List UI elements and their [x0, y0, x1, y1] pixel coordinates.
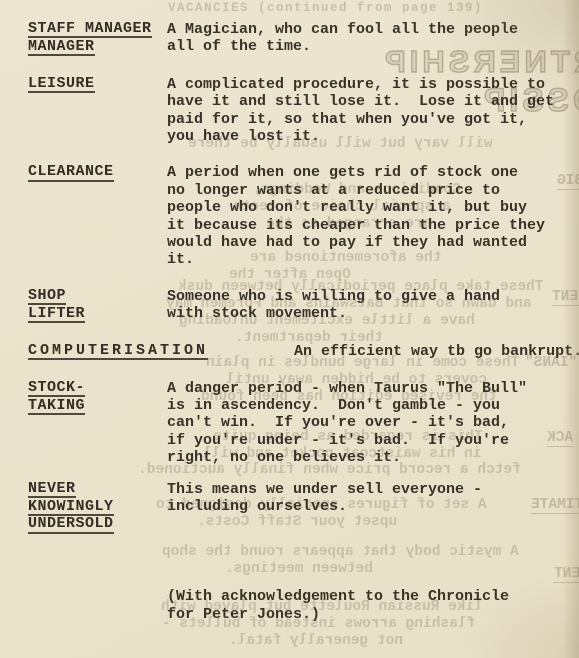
term-text: CLEARANCE: [28, 164, 114, 181]
definition: An efficient way tb go bankrupt.: [208, 343, 579, 361]
definition-text: paid for it, so that when you've got it,: [167, 111, 554, 128]
definition: A period when one gets rid of stock onen…: [167, 164, 545, 268]
definition-text: would have had to pay if they had wanted: [167, 234, 545, 251]
term: STAFF MANAGERMANAGER: [28, 21, 167, 57]
term-text: MANAGER: [28, 39, 95, 56]
glossary-entry-stock-taking: STOCK-TAKING A danger period - when Taur…: [28, 380, 579, 467]
term-text: STAFF MANAGER: [28, 21, 152, 38]
definition-text: it.: [167, 251, 545, 268]
term-text: LIFTER: [28, 306, 85, 323]
glossary-entry-never-knowingly-undersold: NEVERKNOWINGLYUNDERSOLD This means we un…: [28, 481, 579, 535]
definition: A danger period - when Taurus "The Bull"…: [167, 380, 527, 467]
definition-text: A danger period - when Taurus "The Bull": [167, 380, 527, 397]
term-text: NEVER: [28, 481, 76, 498]
definition-text: is in ascendency. Don't gamble - you: [167, 397, 527, 414]
glossary-entry-computerisation: COMPUTERISATION An efficient way tb go b…: [28, 343, 579, 361]
term-text: SHOP: [28, 288, 66, 305]
glossary-content: STAFF MANAGERMANAGER A Magician, who can…: [0, 0, 579, 658]
acknowledgement-line: (With acknowledgement to the Chronicle: [167, 588, 579, 605]
term-text: STOCK-: [28, 380, 85, 397]
acknowledgement-footer: (With acknowledgement to the Chronicle f…: [167, 588, 579, 623]
definition: A complicated procedure, it is possible …: [167, 76, 554, 146]
definition-text: A period when one gets rid of stock one: [167, 164, 545, 181]
definition-text: no longer wants at a reduced price to: [167, 182, 545, 199]
definition: A Magician, who can fool all the peoplea…: [167, 21, 518, 57]
term-text: COMPUTERISATION: [28, 343, 208, 360]
definition-text: This means we under sell everyone -: [167, 481, 482, 498]
term-text: UNDERSOLD: [28, 516, 114, 533]
document-page: VACANCIES (continued from page 139) PART…: [0, 0, 579, 658]
definition-text: can't win. If you're over - it's bad,: [167, 414, 527, 431]
glossary-entry-leisure: LEISURE A complicated procedure, it is p…: [28, 76, 579, 146]
definition-text: A Magician, who can fool all the people: [167, 21, 518, 38]
definition-text: Someone who is willing to give a hand: [167, 288, 500, 305]
glossary-entry-clearance: CLEARANCE A period when one gets rid of …: [28, 164, 579, 268]
term-text: TAKING: [28, 398, 85, 415]
definition-text: it because its cheaper than the price th…: [167, 217, 545, 234]
term: COMPUTERISATION: [28, 343, 208, 361]
term-text: LEISURE: [28, 76, 95, 93]
definition-text: all of the time.: [167, 38, 518, 55]
definition-text: you have lost it.: [167, 128, 554, 145]
definition: Someone who is willing to give a handwit…: [167, 288, 500, 324]
definition-text: A complicated procedure, it is possible …: [167, 76, 554, 93]
definition-text: right, no one believes it.: [167, 449, 527, 466]
definition: This means we under sell everyone -inclu…: [167, 481, 482, 535]
term: CLEARANCE: [28, 164, 167, 268]
definition-text: if you're under - it's bad. If you're: [167, 432, 527, 449]
glossary: STAFF MANAGERMANAGER A Magician, who can…: [28, 21, 579, 534]
term: LEISURE: [28, 76, 167, 146]
definition-text: including ourselves.: [167, 498, 482, 515]
term: STOCK-TAKING: [28, 380, 167, 467]
glossary-entry-shop-lifter: SHOPLIFTER Someone who is willing to giv…: [28, 288, 579, 324]
term: NEVERKNOWINGLYUNDERSOLD: [28, 481, 167, 535]
glossary-entry-staff-manager: STAFF MANAGERMANAGER A Magician, who can…: [28, 21, 579, 57]
definition-text: people who don't really want it, but buy: [167, 199, 545, 216]
term: SHOPLIFTER: [28, 288, 167, 324]
term-text: KNOWINGLY: [28, 499, 114, 516]
definition-text: An efficient way tb go bankrupt.: [294, 343, 579, 360]
definition-text: have it and still lose it. Lose it and g…: [167, 93, 554, 110]
acknowledgement-line: for Peter Jones.): [167, 606, 579, 623]
definition-text: with stock movement.: [167, 305, 500, 322]
